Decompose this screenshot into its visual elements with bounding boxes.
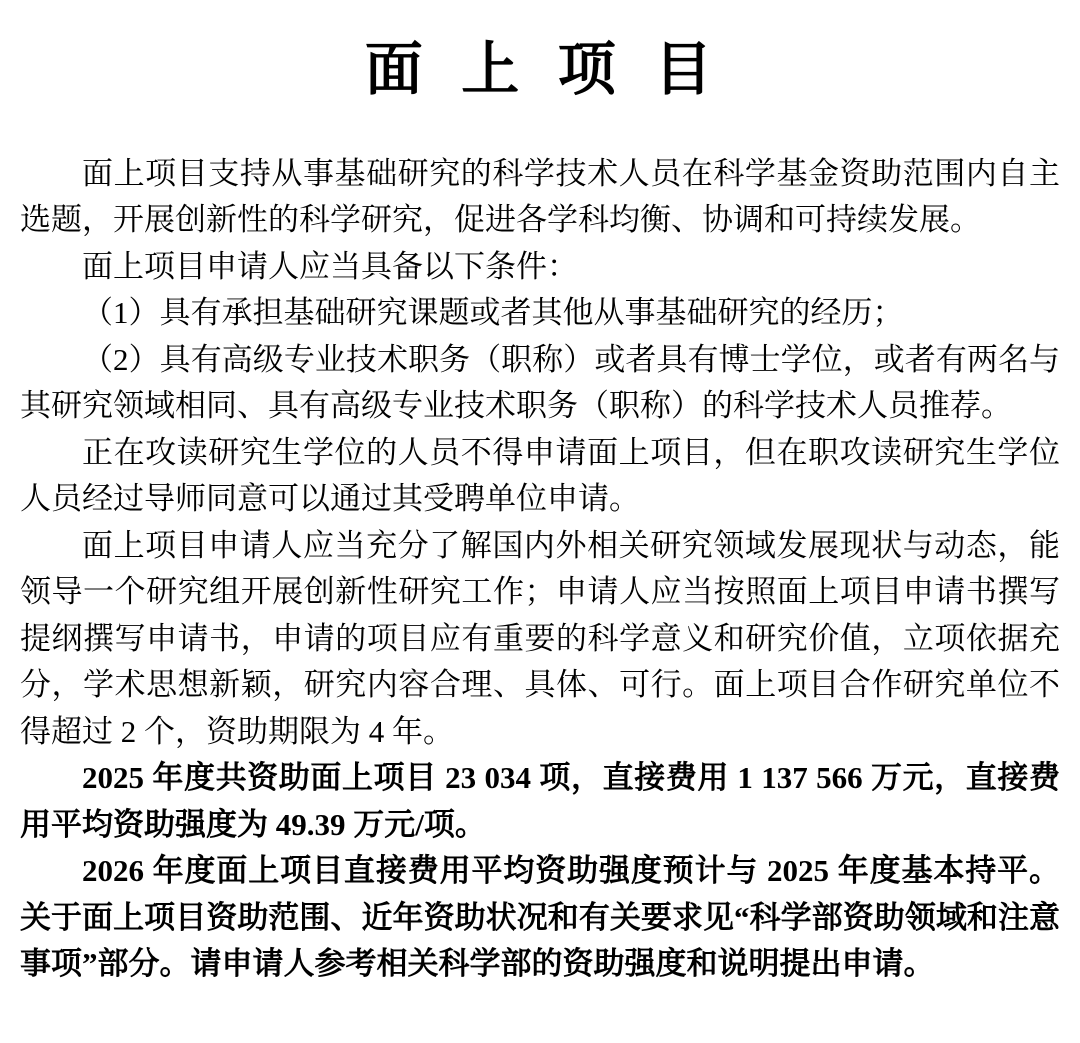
document-page: 面 上 项 目 面上项目支持从事基础研究的科学技术人员在科学基金资助范围内自主选… xyxy=(0,0,1080,1043)
paragraph-2026-outlook: 2026 年度面上项目直接费用平均资助强度预计与 2025 年度基本持平。关于面… xyxy=(20,848,1060,988)
paragraph-2025-funding-stats: 2025 年度共资助面上项目 23 034 项，直接费用 1 137 566 万… xyxy=(20,755,1060,848)
paragraph-graduate-student-rule: 正在攻读研究生学位的人员不得申请面上项目，但在职攻读研究生学位人员经过导师同意可… xyxy=(20,430,1060,523)
paragraph-conditions-lead: 面上项目申请人应当具备以下条件： xyxy=(20,244,1060,291)
page-title: 面 上 项 目 xyxy=(20,34,1060,107)
paragraph-condition-1: （1）具有承担基础研究课题或者其他从事基础研究的经历； xyxy=(20,290,1060,337)
paragraph-intro: 面上项目支持从事基础研究的科学技术人员在科学基金资助范围内自主选题，开展创新性的… xyxy=(20,151,1060,244)
paragraph-condition-2: （2）具有高级专业技术职务（职称）或者具有博士学位，或者有两名与其研究领域相同、… xyxy=(20,337,1060,430)
paragraph-applicant-requirements: 面上项目申请人应当充分了解国内外相关研究领域发展现状与动态，能领导一个研究组开展… xyxy=(20,523,1060,756)
